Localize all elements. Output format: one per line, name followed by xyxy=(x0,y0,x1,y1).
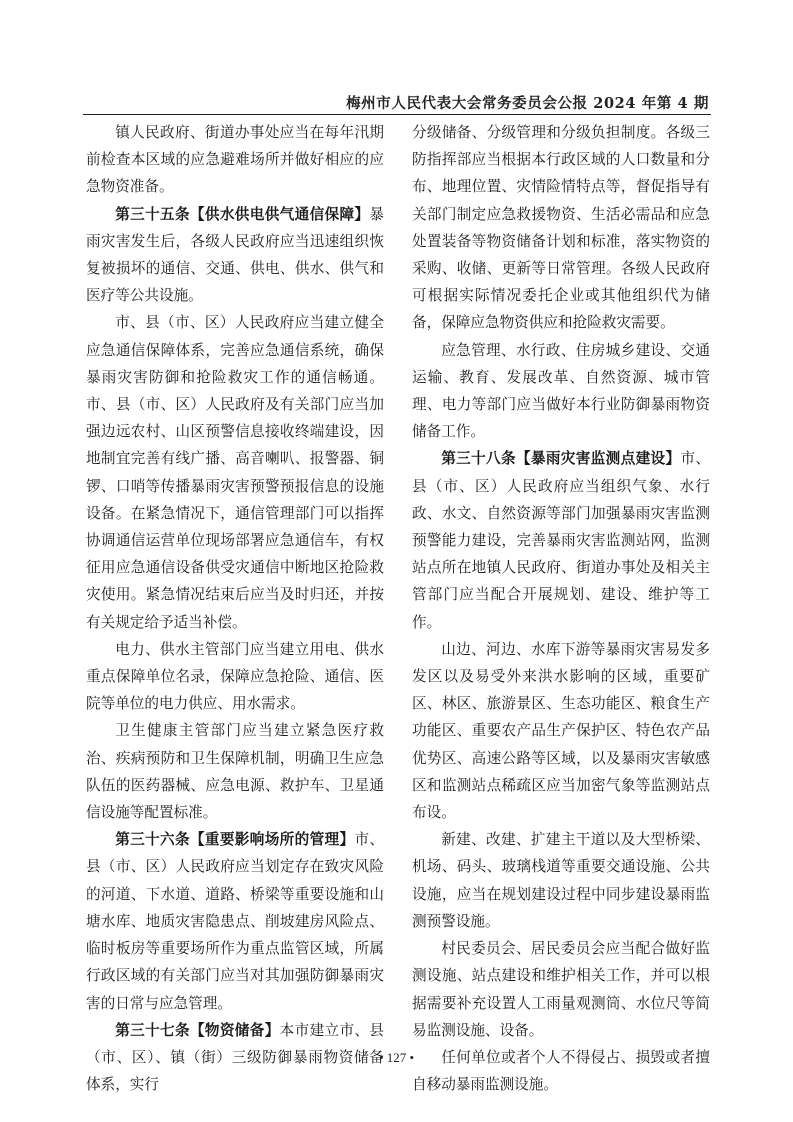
article-heading: 第三十六条【重要影响场所的管理】 xyxy=(115,831,354,848)
paragraph: 电力、供水主管部门应当建立用电、供水重点保障单位名录，保障应急抢险、通信、医院等… xyxy=(86,636,384,718)
paragraph-text: 应急管理、水行政、住房城乡建设、交通运输、教育、发展改革、自然资源、城市管理、电… xyxy=(412,342,710,441)
paragraph-text: 电力、供水主管部门应当建立用电、供水重点保障单位名录，保障应急抢险、通信、医院等… xyxy=(86,641,384,712)
article-text: 市、县（市、区）人民政府应当划定存在致灾风险的河道、下水道、道路、桥梁等重要设施… xyxy=(86,831,384,1011)
right-column: 分级储备、分级管理和分级负担制度。各级三防指挥部应当根据本行政区域的人口数量和分… xyxy=(412,119,710,1098)
paragraph-text: 镇人民政府、街道办事处应当在每年汛期前检查本区域的应急避难场所并做好相应的应急物… xyxy=(86,124,384,195)
article-heading: 第三十五条【供水供电供气通信保障】 xyxy=(115,206,369,223)
page-number: • 127 • xyxy=(0,1050,793,1066)
journal-title: 梅州市人民代表大会常务委员会公报 2024 年第 4 期 xyxy=(346,92,709,113)
paragraph-text: 分级储备、分级管理和分级负担制度。各级三防指挥部应当根据本行政区域的人口数量和分… xyxy=(412,124,710,331)
page-header: 梅州市人民代表大会常务委员会公报 2024 年第 4 期 xyxy=(83,90,711,115)
paragraph: 市、县（市、区）人民政府应当建立健全应急通信保障体系，完善应急通信系统，确保暴雨… xyxy=(86,309,384,635)
left-column: 镇人民政府、街道办事处应当在每年汛期前检查本区域的应急避难场所并做好相应的应急物… xyxy=(86,119,384,1098)
paragraph: 应急管理、水行政、住房城乡建设、交通运输、教育、发展改革、自然资源、城市管理、电… xyxy=(412,337,710,446)
article-heading: 第三十七条【物资储备】 xyxy=(115,1022,279,1039)
paragraph-text: 村民委员会、居民委员会应当配合做好监测设施、站点建设和维护相关工作，并可以根据需… xyxy=(412,940,710,1039)
paragraph-text: 卫生健康主管部门应当建立紧急医疗救治、疾病预防和卫生保障机制，明确卫生应急队伍的… xyxy=(86,722,384,821)
paragraph: 新建、改建、扩建主干道以及大型桥梁、机场、码头、玻璃栈道等重要交通设施、公共设施… xyxy=(412,826,710,935)
article-36: 第三十六条【重要影响场所的管理】市、县（市、区）人民政府应当划定存在致灾风险的河… xyxy=(86,826,384,1016)
article-heading: 第三十八条【暴雨灾害监测点建设】 xyxy=(441,450,680,467)
paragraph: 村民委员会、居民委员会应当配合做好监测设施、站点建设和维护相关工作，并可以根据需… xyxy=(412,935,710,1044)
paragraph-text: 山边、河边、水库下游等暴雨灾害易发多发区以及易受外来洪水影响的区域，重要矿区、林… xyxy=(412,641,710,821)
article-35: 第三十五条【供水供电供气通信保障】暴雨灾害发生后，各级人民政府应当迅速组织恢复被… xyxy=(86,201,384,310)
paragraph: 山边、河边、水库下游等暴雨灾害易发多发区以及易受外来洪水影响的区域，重要矿区、林… xyxy=(412,636,710,826)
article-38: 第三十八条【暴雨灾害监测点建设】市、县（市、区）人民政府应当组织气象、水行政、水… xyxy=(412,445,710,635)
paragraph-text: 新建、改建、扩建主干道以及大型桥梁、机场、码头、玻璃栈道等重要交通设施、公共设施… xyxy=(412,831,710,930)
article-text: 市、县（市、区）人民政府应当组织气象、水行政、水文、自然资源等部门加强暴雨灾害监… xyxy=(412,450,710,630)
paragraph-continuation: 分级储备、分级管理和分级负担制度。各级三防指挥部应当根据本行政区域的人口数量和分… xyxy=(412,119,710,337)
paragraph: 卫生健康主管部门应当建立紧急医疗救治、疾病预防和卫生保障机制，明确卫生应急队伍的… xyxy=(86,717,384,826)
paragraph-text: 市、县（市、区）人民政府应当建立健全应急通信保障体系，完善应急通信系统，确保暴雨… xyxy=(86,314,384,630)
paragraph: 镇人民政府、街道办事处应当在每年汛期前检查本区域的应急避难场所并做好相应的应急物… xyxy=(86,119,384,201)
